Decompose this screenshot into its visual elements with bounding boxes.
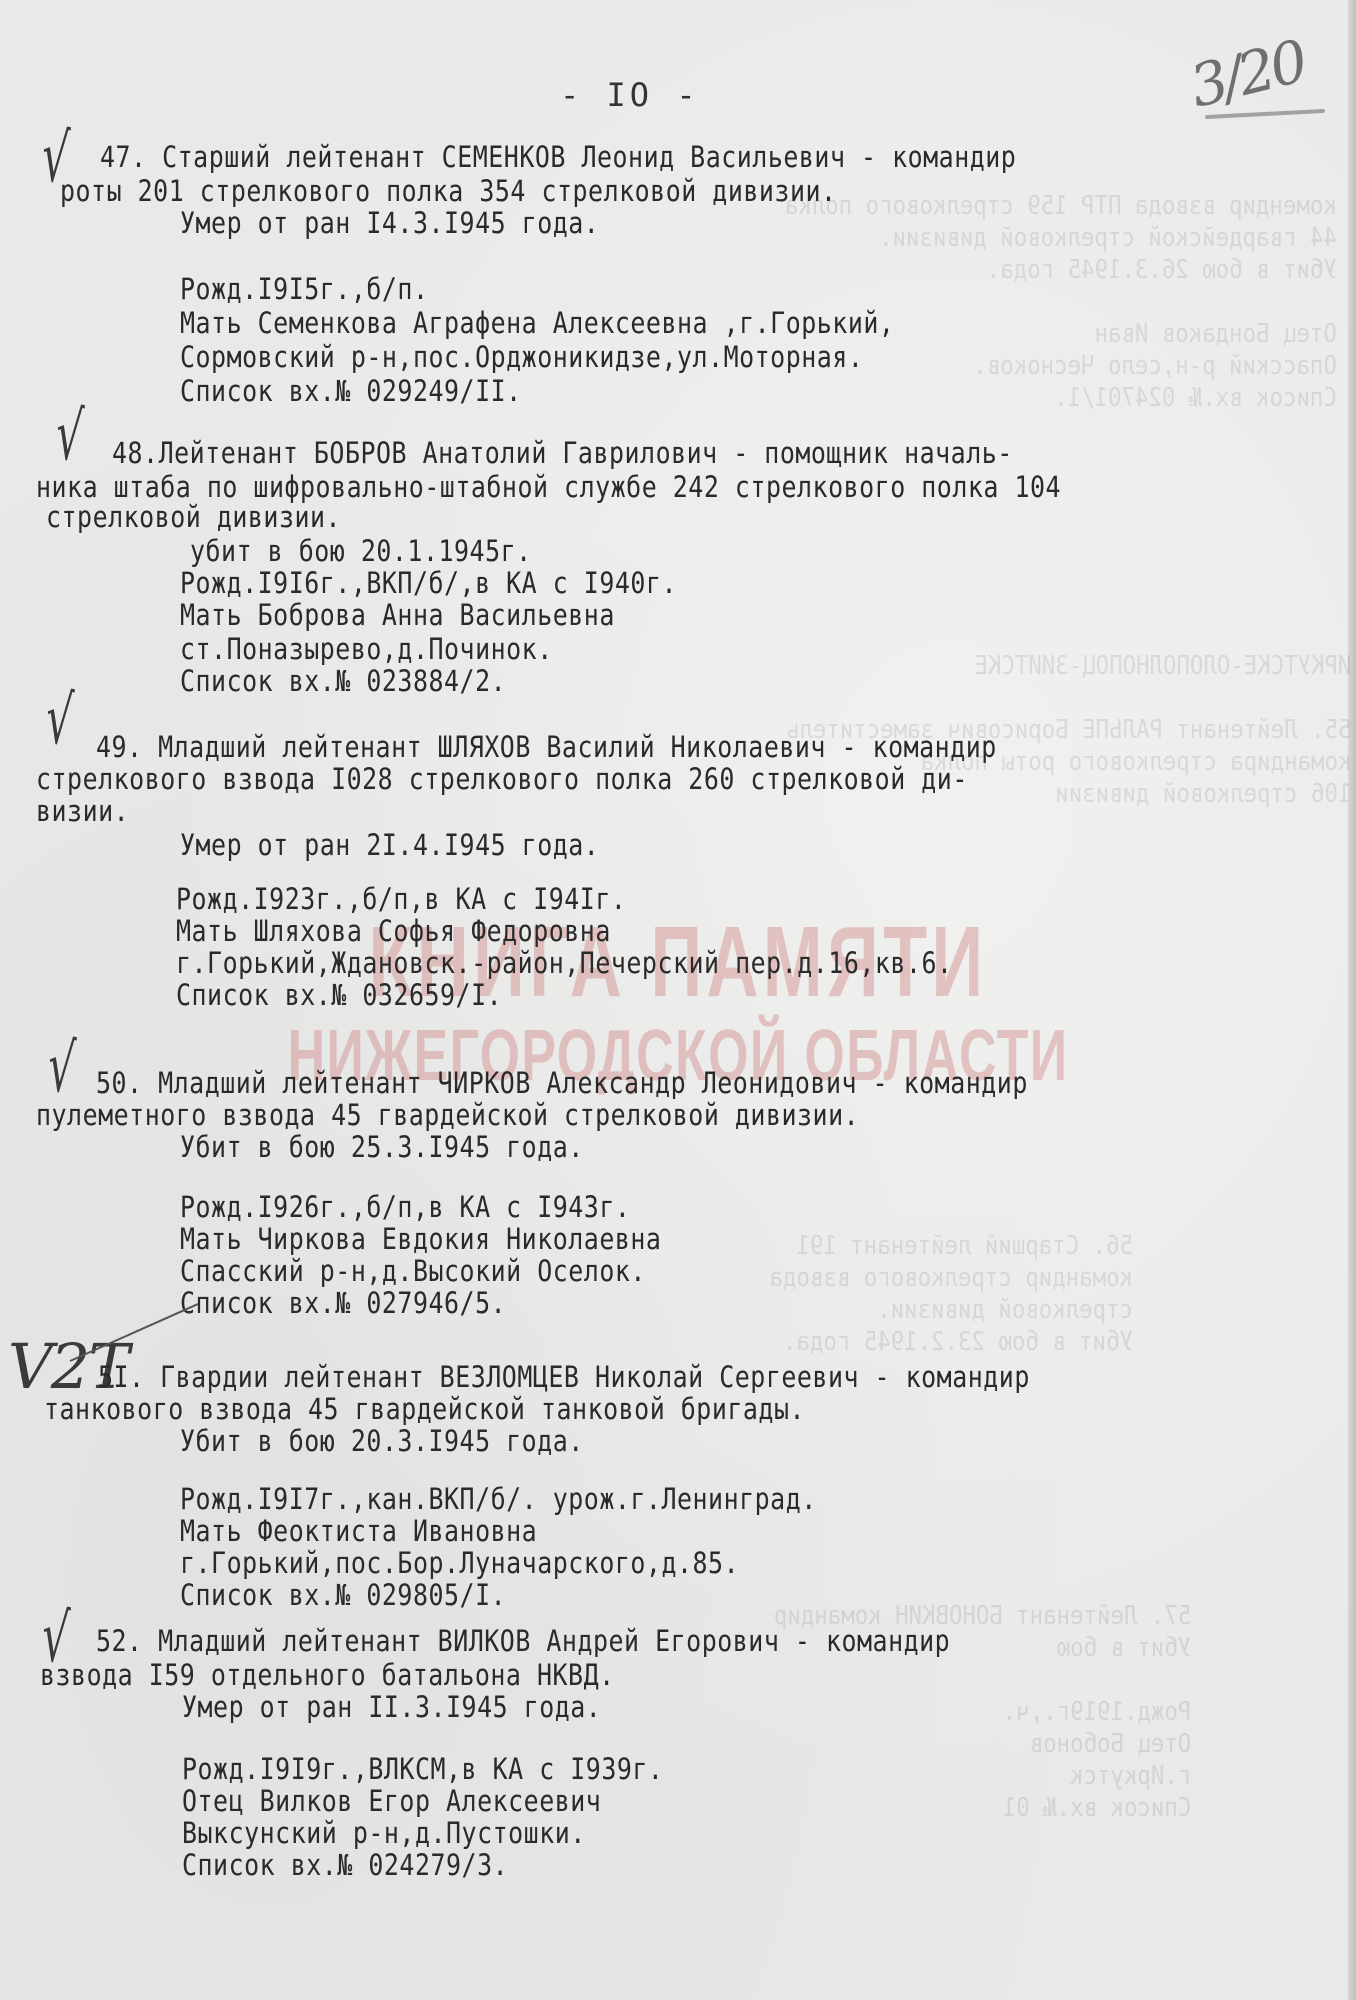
entry-heading: 50. Младший лейтенант ЧИРКОВ Александр Л… — [96, 1066, 1028, 1100]
checkmark-icon: √ — [44, 682, 75, 756]
entry-birth: Рожд.I9I9г.,ВЛКСМ,в КА с I939г. — [182, 1752, 663, 1786]
checkmark-icon: √ — [54, 398, 85, 472]
checkmark-icon: √ — [46, 1030, 77, 1104]
entry-death: убит в бою 20.1.1945г. — [190, 534, 532, 568]
entry-list-number: Список вх.№ 029249/II. — [180, 374, 522, 408]
entry-birth: Рожд.I9I6г.,ВКП/б/,в КА с I940г. — [180, 566, 677, 600]
bleed-through: 56. Старший лейтенант 191 командир стрел… — [770, 1230, 1133, 1358]
archive-reference-handwritten: 3/20 — [1183, 27, 1310, 121]
entry-heading: 47. Старший лейтенант СЕМЕНКОВ Леонид Ва… — [100, 140, 1016, 174]
entry-death: Убит в бою 20.3.I945 года. — [180, 1424, 584, 1458]
entry-heading: 49. Младший лейтенант ШЛЯХОВ Василий Ник… — [96, 730, 997, 764]
entry-birth: Рожд.I9I5г.,б/п. — [180, 272, 428, 306]
entry-relative: Мать Семенкова Аграфена Алексеевна ,г.Го… — [180, 306, 894, 340]
entry-list-number: Список вх.№ 029805/I. — [180, 1578, 506, 1612]
entry-death: Умер от ран II.3.I945 года. — [182, 1690, 601, 1724]
entry-list-number: Список вх.№ 023884/2. — [180, 664, 506, 698]
entry-address: Выксунский р-н,д.Пустошки. — [182, 1816, 586, 1850]
entry-birth: Рожд.I923г.,б/п,в КА с I94Iг. — [176, 882, 626, 916]
entry-address: г.Горький,Ждановск.-район,Печерский пер.… — [176, 946, 953, 980]
entry-birth: Рожд.I9I7г.,кан.ВКП/б/. урож.г.Ленинград… — [180, 1482, 817, 1516]
entry-relative: Мать Феоктиста Ивановна — [180, 1514, 537, 1548]
entry-address: г.Горький,пос.Бор.Луначарского,д.85. — [180, 1546, 739, 1580]
scan-edge — [1348, 0, 1356, 2000]
entry-death: Умер от ран 2I.4.I945 года. — [180, 828, 599, 862]
entry-death: Убит в бою 25.3.I945 года. — [180, 1130, 584, 1164]
document-page: комендир взвода ПТР 159 стрелкового полк… — [0, 0, 1356, 2000]
entry-unit: ника штаба по шифровально-штабной службе… — [36, 470, 1061, 504]
entry-list-number: Список вх.№ 032659/I. — [176, 978, 502, 1012]
entry-unit-cont: стрелковой дивизии. — [46, 500, 341, 534]
entry-relative: Мать Боброва Анна Васильевна — [180, 598, 615, 632]
entry-unit: стрелкового взвода I028 стрелкового полк… — [36, 762, 968, 796]
entry-address: ст.Поназырево,д.Починок. — [180, 632, 553, 666]
entry-heading: 48.Лейтенант БОБРОВ Анатолий Гаврилович … — [112, 436, 1013, 470]
entry-list-number: Список вх.№ 027946/5. — [180, 1286, 506, 1320]
entry-unit: пулеметного взвода 45 гвардейской стрелк… — [36, 1098, 859, 1132]
entry-unit-cont: визии. — [36, 794, 129, 828]
entry-relative: Мать Чиркова Евдокия Николаевна — [180, 1222, 661, 1256]
bleed-through: комендир взвода ПТР 159 стрелкового полк… — [785, 190, 1337, 414]
entry-unit: роты 201 стрелкового полка 354 стрелково… — [60, 174, 837, 208]
entry-relative: Мать Шляхова Софья Федоровна — [176, 914, 611, 948]
entry-death: Умер от ран I4.3.I945 года. — [180, 206, 599, 240]
entry-address: Спасский р-н,д.Высокий Оселок. — [180, 1254, 646, 1288]
entry-birth: Рожд.I926г.,б/п,в КА с I943г. — [180, 1190, 630, 1224]
entry-address: Сормовский р-н,пос.Орджоникидзе,ул.Мотор… — [180, 340, 863, 374]
entry-unit: танкового взвода 45 гвардейской танковой… — [44, 1392, 805, 1426]
entry-heading: 52. Младший лейтенант ВИЛКОВ Андрей Егор… — [96, 1624, 950, 1658]
entry-heading: 5I. Гвардии лейтенант ВЕЗЛОМЦЕВ Николай … — [98, 1360, 1030, 1394]
entry-list-number: Список вх.№ 024279/3. — [182, 1848, 508, 1882]
page-number: - IO - — [560, 76, 700, 114]
entry-unit: взвода I59 отдельного батальона НКВД. — [40, 1658, 615, 1692]
entry-relative: Отец Вилков Егор Алексеевич — [182, 1784, 601, 1818]
